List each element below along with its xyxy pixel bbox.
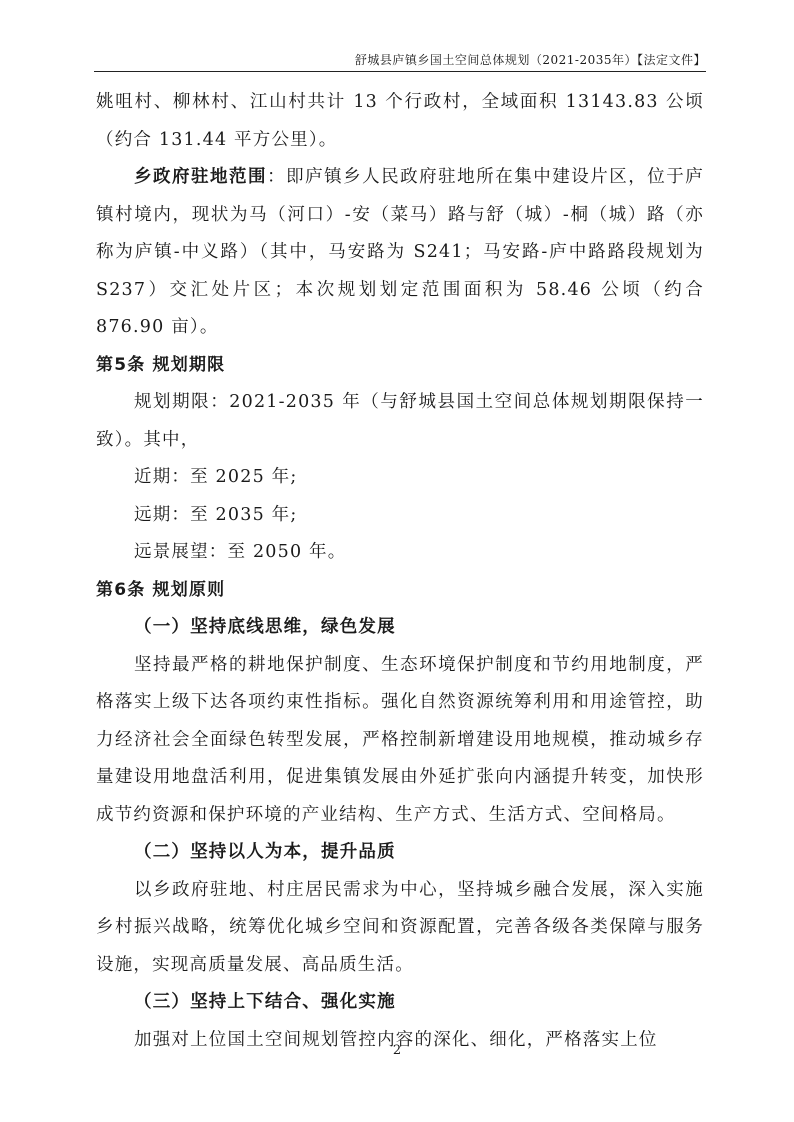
principle-1-title: （一）坚持底线思维，绿色发展	[96, 609, 704, 647]
principle-1-text: 坚持最严格的耕地保护制度、生态环境保护制度和节约用地制度，严格落实上级下达各项约…	[96, 647, 704, 835]
seat-scope-text: ：即庐镇乡人民政府驻地所在集中建设片区，位于庐镇村境内，现状为马（河口）-安（菜…	[96, 167, 704, 337]
article-5-heading: 第5条 规划期限	[96, 347, 704, 385]
principle-2-title: （二）坚持以人为本，提升品质	[96, 834, 704, 872]
article-6-heading: 第6条 规划原则	[96, 572, 704, 610]
principle-3-title: （三）坚持上下结合、强化实施	[96, 984, 704, 1022]
far-term: 远期：至 2035 年;	[96, 497, 704, 535]
planning-period: 规划期限：2021-2035 年（与舒城县国土空间总体规划期限保持一致）。其中，	[96, 384, 704, 459]
document-body: 姚咀村、柳林村、江山村共计 13 个行政村，全域面积 13143.83 公顷（约…	[96, 84, 704, 1059]
running-header: 舒城县庐镇乡国土空间总体规划（2021-2035年）【法定文件】	[94, 52, 706, 72]
seat-scope-label: 乡政府驻地范围	[134, 167, 267, 187]
paragraph-intro: 姚咀村、柳林村、江山村共计 13 个行政村，全域面积 13143.83 公顷（约…	[96, 84, 704, 159]
vision-term: 远景展望：至 2050 年。	[96, 534, 704, 572]
paragraph-seat-scope: 乡政府驻地范围：即庐镇乡人民政府驻地所在集中建设片区，位于庐镇村境内，现状为马（…	[96, 159, 704, 347]
near-term: 近期：至 2025 年;	[96, 459, 704, 497]
principle-2-text: 以乡政府驻地、村庄居民需求为中心，坚持城乡融合发展，深入实施乡村振兴战略，统筹优…	[96, 872, 704, 985]
page-number: 2	[0, 1043, 794, 1058]
